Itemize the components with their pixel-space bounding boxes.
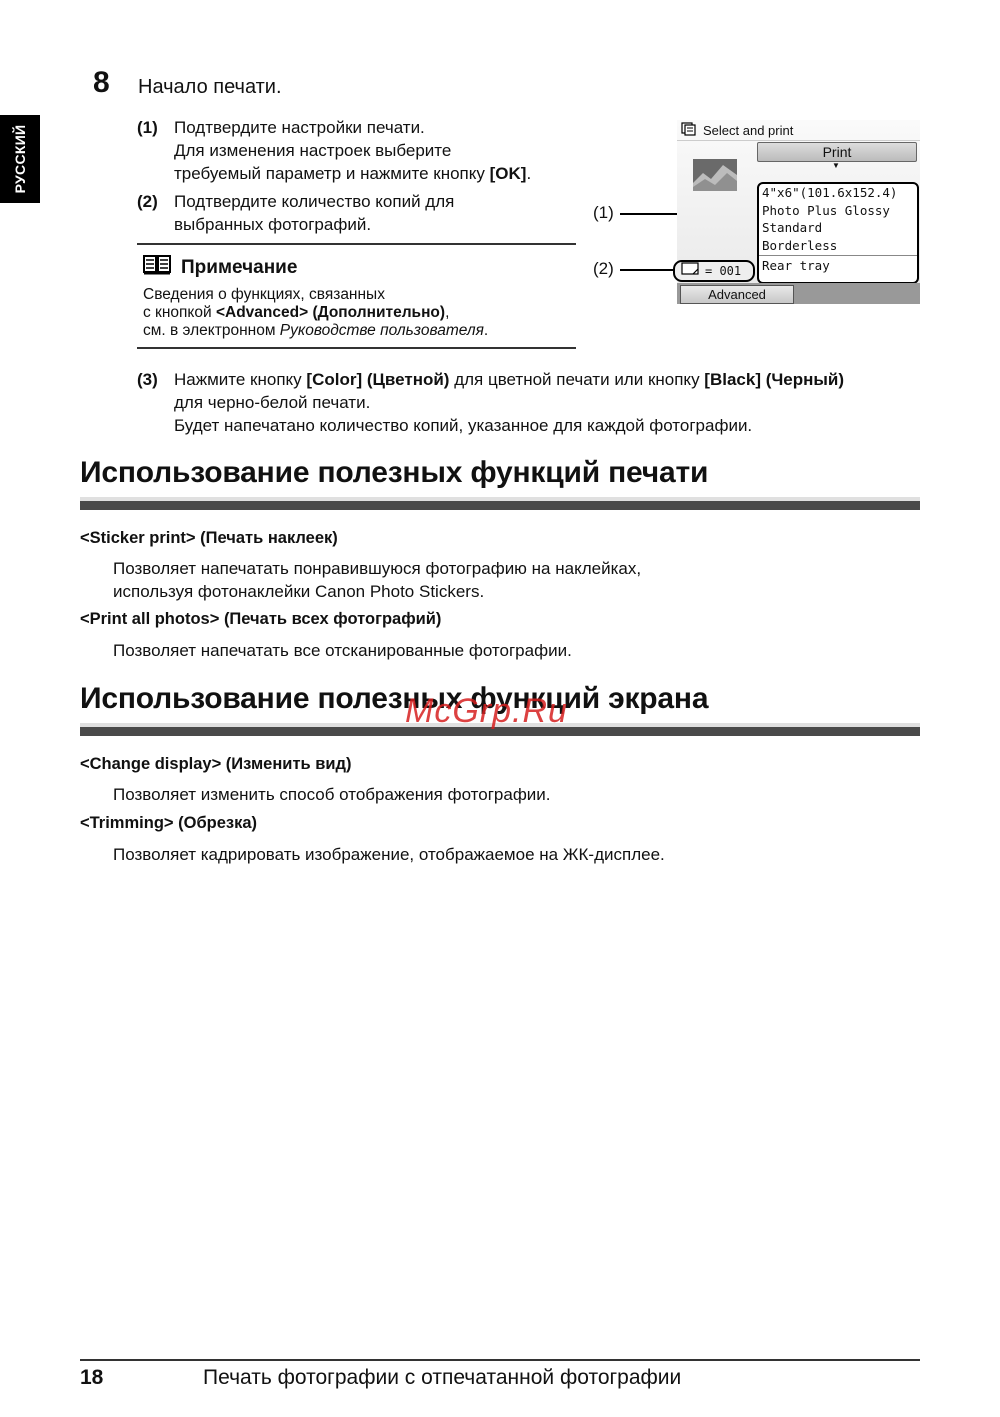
settings-divider — [759, 255, 917, 256]
substep-text: Подтвердите настройки печати. Для измене… — [174, 116, 531, 185]
lcd-print-settings[interactable]: 4"x6"(101.6x152.4) Photo Plus Glossy Sta… — [757, 182, 919, 284]
substep-number: (2) — [137, 190, 158, 213]
copies-icon — [681, 262, 701, 280]
setting-border: Borderless — [759, 237, 917, 255]
feature-body-trimming: Позволяет кадрировать изображение, отобр… — [113, 843, 665, 866]
footer-rule — [80, 1359, 920, 1361]
substep-3: (3) Нажмите кнопку [Color] (Цветной) для… — [137, 368, 927, 438]
callout-2: (2) — [593, 259, 614, 279]
step-number: 8 — [93, 66, 110, 100]
feature-body-sticker-print: Позволяет напечатать понравившуюся фотог… — [113, 557, 641, 603]
note-bottom-rule — [137, 347, 576, 349]
lcd-print-button[interactable]: Print — [757, 142, 917, 162]
feature-title-change-display: <Change display> (Изменить вид) — [80, 755, 352, 774]
substep-2: (2) Подтвердите количество копий для выб… — [137, 190, 577, 238]
lcd-title: Select and print — [703, 123, 793, 138]
book-icon — [143, 255, 171, 281]
note-top-rule — [137, 243, 576, 245]
setting-print-quality: Standard — [759, 219, 917, 237]
lcd-copies-indicator[interactable]: = 001 — [673, 260, 755, 282]
section-heading-screen-functions: Использование полезных функций экрана — [80, 682, 708, 716]
callout-2-leader — [620, 269, 675, 271]
substep-1: (1) Подтвердите настройки печати. Для из… — [137, 116, 577, 186]
substep-text: Нажмите кнопку [Color] (Цветной) для цве… — [174, 368, 844, 437]
setting-media-type: Photo Plus Glossy — [759, 202, 917, 220]
lcd-title-bar: Select and print — [681, 122, 793, 139]
copies-count: = 001 — [705, 262, 741, 280]
note-title: Примечание — [181, 257, 297, 279]
watermark: McGrp.Ru — [405, 692, 568, 731]
note-heading: Примечание — [143, 255, 297, 281]
down-arrow-icon: ▼ — [832, 161, 840, 170]
substep-number: (1) — [137, 116, 158, 139]
lcd-title-divider — [677, 140, 920, 141]
footer-chapter-title: Печать фотографии с отпечатанной фотогра… — [203, 1366, 681, 1390]
feature-body-print-all-photos: Позволяет напечатать все отсканированные… — [113, 639, 572, 662]
feature-title-trimming: <Trimming> (Обрезка) — [80, 814, 257, 833]
setting-paper-size: 4"x6"(101.6x152.4) — [759, 184, 917, 202]
feature-title-sticker-print: <Sticker print> (Печать наклеек) — [80, 529, 338, 548]
feature-title-print-all-photos: <Print all photos> (Печать всех фотограф… — [80, 610, 441, 629]
section-heading-rule — [80, 497, 920, 510]
step-title: Начало печати. — [138, 76, 282, 99]
setting-paper-source: Rear tray — [759, 257, 917, 275]
language-tab: РУССКИЙ — [0, 115, 40, 203]
language-tab-label: РУССКИЙ — [12, 125, 28, 194]
section-heading-print-functions: Использование полезных функций печати — [80, 456, 708, 490]
feature-body-change-display: Позволяет изменить способ отображения фо… — [113, 783, 551, 806]
photo-thumbnail — [693, 159, 737, 191]
substep-text: Подтвердите количество копий для выбранн… — [174, 190, 454, 236]
lcd-screen: Select and print Print ▼ 4"x6"(101.6x152… — [677, 120, 920, 304]
page-number: 18 — [80, 1366, 103, 1390]
note-body: Сведения о функциях, связанных с кнопкой… — [143, 286, 488, 340]
callout-1: (1) — [593, 203, 614, 223]
select-print-icon — [681, 122, 699, 139]
lcd-advanced-button[interactable]: Advanced — [680, 285, 794, 304]
lcd-bottom-bar: Advanced — [677, 283, 920, 304]
substep-number: (3) — [137, 368, 158, 391]
